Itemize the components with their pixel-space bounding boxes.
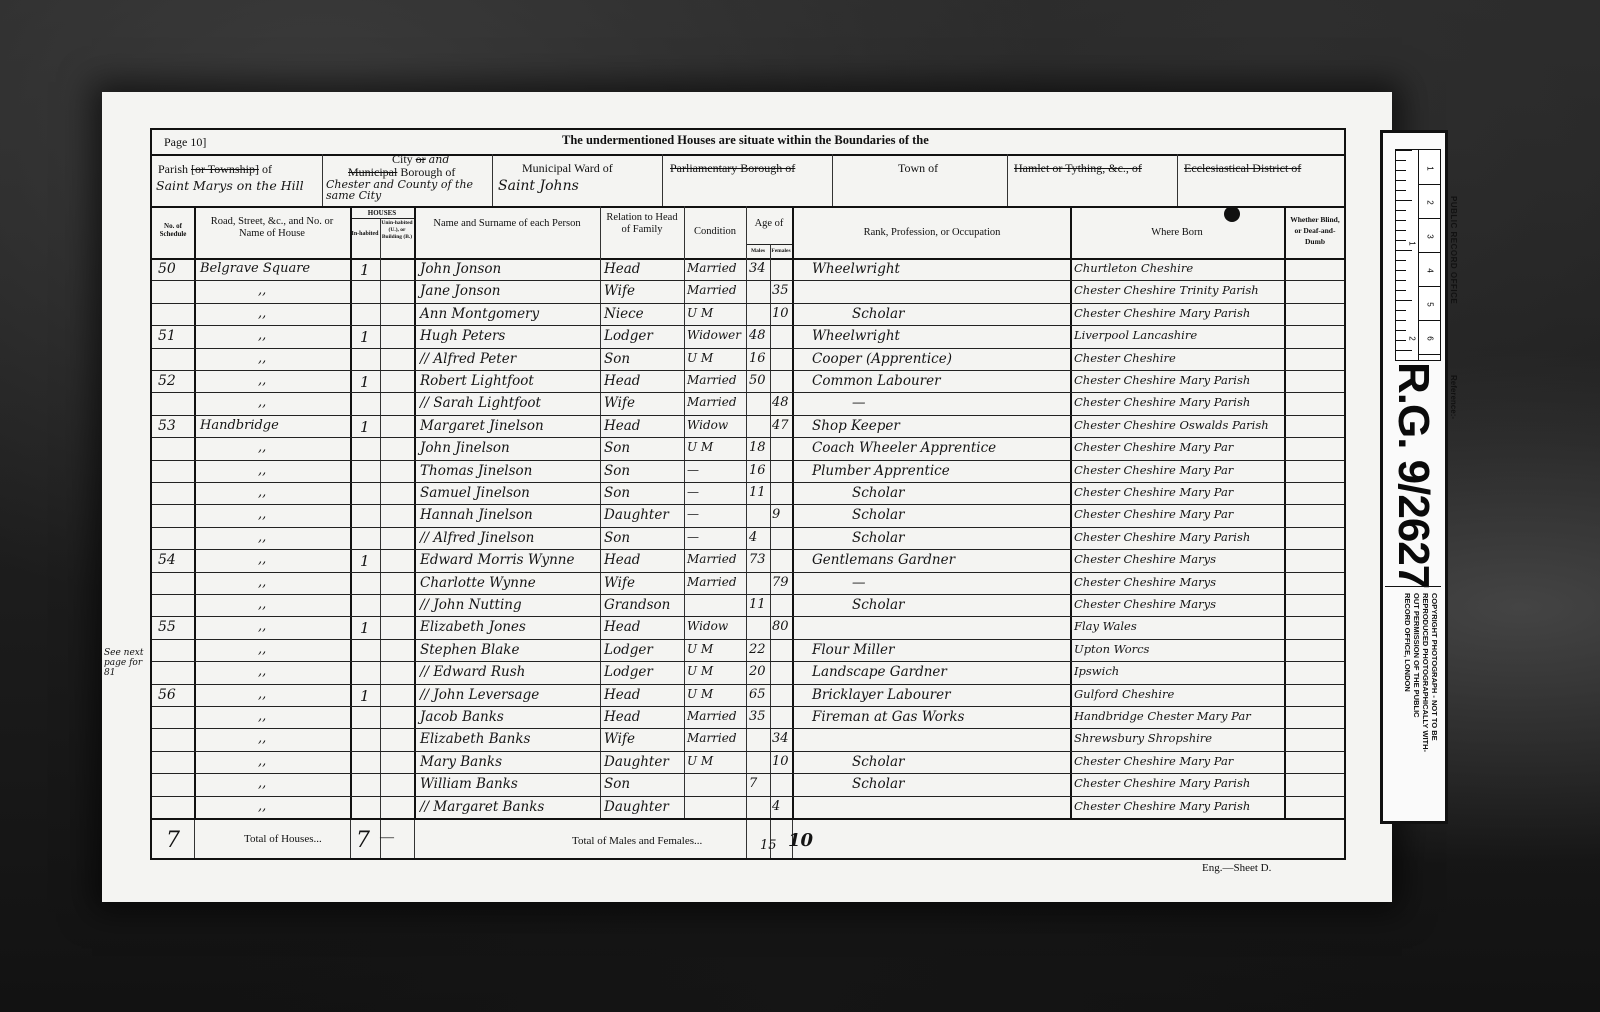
person-name: Margaret Jinelson bbox=[420, 418, 544, 434]
male-age: 7 bbox=[749, 776, 757, 791]
relation: Son bbox=[604, 351, 630, 367]
condition: — bbox=[687, 530, 699, 544]
relation: Head bbox=[604, 619, 640, 635]
copyright-text: COPYRIGHT PHOTOGRAPH - NOT TO BE REPRODU… bbox=[1403, 593, 1439, 752]
birthplace: Chester Cheshire Oswalds Parish bbox=[1074, 418, 1269, 432]
road-name: ,, bbox=[258, 328, 266, 343]
condition: Married bbox=[687, 731, 737, 745]
page-heading: The undermentioned Houses are situate wi… bbox=[562, 133, 929, 148]
occupation: — bbox=[852, 395, 866, 411]
relation: Son bbox=[604, 530, 630, 546]
occupation: — bbox=[852, 575, 866, 591]
female-age: 47 bbox=[772, 418, 789, 433]
header-occupation: Rank, Profession, or Occupation bbox=[802, 227, 1062, 239]
header-females: Females bbox=[770, 247, 792, 255]
occupation: Scholar bbox=[852, 306, 904, 322]
relation: Wife bbox=[604, 395, 635, 411]
table-row: ,,Samuel JinelsonSon—11ScholarChester Ch… bbox=[152, 482, 1344, 504]
road-name: ,, bbox=[258, 373, 266, 388]
table-row: ,,Mary BanksDaughterU M10ScholarChester … bbox=[152, 751, 1344, 773]
birthplace: Chester Cheshire Mary Par bbox=[1074, 507, 1233, 521]
person-name: Hannah Jinelson bbox=[420, 507, 533, 523]
birthplace: Chester Cheshire Mary Par bbox=[1074, 463, 1233, 477]
road-name: ,, bbox=[258, 351, 266, 366]
condition: U M bbox=[687, 664, 713, 678]
road-name: ,, bbox=[258, 552, 266, 567]
relation: Son bbox=[604, 440, 630, 456]
table-row: ,,// Edward RushLodgerU M20Landscape Gar… bbox=[152, 661, 1344, 683]
margin-note: See next page for 81 bbox=[104, 648, 150, 678]
table-row: ,,Jacob BanksHeadMarried35Fireman at Gas… bbox=[152, 706, 1344, 728]
measurement-ruler: 12345612 bbox=[1395, 149, 1441, 361]
road-name: ,, bbox=[258, 664, 266, 679]
birthplace: Chester Cheshire Trinity Parish bbox=[1074, 283, 1259, 297]
ruler-cm-label: 6 bbox=[1426, 336, 1435, 340]
occupation: Scholar bbox=[852, 754, 904, 770]
ward-label: Municipal Ward of bbox=[522, 161, 613, 176]
header-road: Road, Street, &c., and No. or Name of Ho… bbox=[202, 216, 342, 240]
sheet-footer: Eng.—Sheet D. bbox=[1202, 862, 1271, 874]
males-total: 15 bbox=[760, 838, 777, 853]
person-name: // John Nutting bbox=[420, 597, 522, 613]
table-row: 53Handbridge1Margaret JinelsonHeadWidow4… bbox=[152, 415, 1344, 437]
occupation: Scholar bbox=[852, 776, 904, 792]
male-age: 48 bbox=[749, 328, 766, 343]
person-name: // John Leversage bbox=[420, 687, 539, 703]
male-age: 34 bbox=[749, 261, 766, 276]
header-born: Where Born bbox=[1077, 227, 1277, 239]
condition: Widow bbox=[687, 619, 728, 633]
header-schedule: No. of Schedule bbox=[154, 222, 192, 238]
road-name: ,, bbox=[258, 799, 266, 814]
birthplace: Chester Cheshire Mary Parish bbox=[1074, 373, 1250, 387]
person-name: Edward Morris Wynne bbox=[420, 552, 574, 568]
person-name: John Jinelson bbox=[420, 440, 510, 456]
relation: Son bbox=[604, 463, 630, 479]
header-name: Name and Surname of each Person bbox=[422, 218, 592, 230]
relation: Wife bbox=[604, 283, 635, 299]
birthplace: Chester Cheshire Mary Parish bbox=[1074, 799, 1250, 813]
table-row: 56,,1// John LeversageHeadU M65Bricklaye… bbox=[152, 684, 1344, 706]
inhabited-count: 1 bbox=[360, 619, 370, 637]
birthplace: Handbridge Chester Mary Par bbox=[1074, 709, 1251, 723]
condition: Married bbox=[687, 552, 737, 566]
ecclesiastical-district-label: Ecclesiastical District of bbox=[1184, 161, 1301, 176]
birthplace: Chester Cheshire Mary Par bbox=[1074, 440, 1233, 454]
relation: Wife bbox=[604, 731, 635, 747]
birthplace: Upton Worcs bbox=[1074, 642, 1149, 656]
relation: Head bbox=[604, 552, 640, 568]
person-name: Mary Banks bbox=[420, 754, 502, 770]
male-age: 35 bbox=[749, 709, 766, 724]
road-name: ,, bbox=[258, 507, 266, 522]
table-row: 55,,1Elizabeth JonesHeadWidow80Flay Wale… bbox=[152, 616, 1344, 638]
header-males: Males bbox=[746, 247, 770, 255]
person-name: Robert Lightfoot bbox=[420, 373, 534, 389]
condition: Widower bbox=[687, 328, 741, 342]
relation: Head bbox=[604, 709, 640, 725]
male-age: 18 bbox=[749, 440, 766, 455]
person-name: Jane Jonson bbox=[420, 283, 500, 299]
occupation: Scholar bbox=[852, 597, 904, 613]
person-name: Samuel Jinelson bbox=[420, 485, 530, 501]
ward-value: Saint Johns bbox=[498, 178, 579, 194]
birthplace: Shrewsbury Shropshire bbox=[1074, 731, 1212, 745]
table-row: 54,,1Edward Morris WynneHeadMarried73Gen… bbox=[152, 549, 1344, 571]
condition: Married bbox=[687, 261, 737, 275]
female-age: 35 bbox=[772, 283, 789, 298]
condition: — bbox=[687, 485, 699, 499]
table-row: ,,// Margaret BanksDaughter4Chester Ches… bbox=[152, 796, 1344, 818]
table-row: 51,,1Hugh PetersLodgerWidower48Wheelwrig… bbox=[152, 325, 1344, 347]
person-name: Thomas Jinelson bbox=[420, 463, 532, 479]
table-row: ,,// John NuttingGrandson11ScholarCheste… bbox=[152, 594, 1344, 616]
person-name: // Alfred Jinelson bbox=[420, 530, 534, 546]
occupation: Flour Miller bbox=[812, 642, 894, 658]
birthplace: Churtleton Cheshire bbox=[1074, 261, 1193, 275]
occupation: Plumber Apprentice bbox=[812, 463, 950, 479]
relation: Daughter bbox=[604, 754, 669, 770]
road-name: ,, bbox=[258, 776, 266, 791]
table-row: ,,Elizabeth BanksWifeMarried34Shrewsbury… bbox=[152, 728, 1344, 750]
relation: Son bbox=[604, 485, 630, 501]
condition: U M bbox=[687, 306, 713, 320]
male-age: 20 bbox=[749, 664, 766, 679]
table-row: 50Belgrave Square1John JonsonHeadMarried… bbox=[152, 258, 1344, 280]
condition: Married bbox=[687, 283, 737, 297]
person-name: John Jonson bbox=[420, 261, 501, 277]
person-name: Charlotte Wynne bbox=[420, 575, 536, 591]
inhabited-count: 1 bbox=[360, 328, 370, 346]
person-name: Jacob Banks bbox=[420, 709, 504, 725]
birthplace: Chester Cheshire Marys bbox=[1074, 575, 1216, 589]
ruler-cm-label: 4 bbox=[1426, 268, 1435, 272]
header-houses: HOUSES bbox=[350, 209, 414, 217]
road-name: ,, bbox=[258, 395, 266, 410]
occupation: Cooper (Apprentice) bbox=[812, 351, 952, 367]
relation: Lodger bbox=[604, 664, 653, 680]
person-name: Elizabeth Banks bbox=[420, 731, 530, 747]
road-name: ,, bbox=[258, 642, 266, 657]
occupation: Scholar bbox=[852, 485, 904, 501]
person-name: Elizabeth Jones bbox=[420, 619, 526, 635]
relation: Niece bbox=[604, 306, 644, 322]
occupation: Scholar bbox=[852, 530, 904, 546]
condition: — bbox=[687, 507, 699, 521]
table-row: ,,Jane JonsonWifeMarried35Chester Cheshi… bbox=[152, 280, 1344, 302]
birthplace: Chester Cheshire Marys bbox=[1074, 597, 1216, 611]
schedule-number: 54 bbox=[158, 552, 176, 568]
person-name: // Sarah Lightfoot bbox=[420, 395, 541, 411]
male-age: 4 bbox=[749, 530, 757, 545]
condition: Married bbox=[687, 709, 737, 723]
road-name: ,, bbox=[258, 440, 266, 455]
census-form: Page 10] The undermentioned Houses are s… bbox=[150, 128, 1346, 860]
road-name: ,, bbox=[258, 754, 266, 769]
condition: Married bbox=[687, 373, 737, 387]
condition: U M bbox=[687, 440, 713, 454]
male-age: 16 bbox=[749, 351, 766, 366]
birthplace: Chester Cheshire Mary Parish bbox=[1074, 530, 1250, 544]
ruler-inch-label: 1 bbox=[1408, 241, 1417, 245]
person-name: William Banks bbox=[420, 776, 518, 792]
birthplace: Chester Cheshire Mary Parish bbox=[1074, 306, 1250, 320]
inhabited-count: 1 bbox=[360, 552, 370, 570]
table-row: ,,// Sarah LightfootWifeMarried48—Cheste… bbox=[152, 392, 1344, 414]
birthplace: Liverpool Lancashire bbox=[1074, 328, 1197, 342]
relation: Head bbox=[604, 687, 640, 703]
parish-value: Saint Marys on the Hill bbox=[156, 178, 304, 193]
person-name: // Alfred Peter bbox=[420, 351, 516, 367]
relation: Lodger bbox=[604, 642, 653, 658]
header-uninhabited: Unin-habited (U.), or Building (B.) bbox=[381, 220, 413, 241]
male-age: 22 bbox=[749, 642, 766, 657]
road-name: ,, bbox=[258, 709, 266, 724]
birthplace: Gulford Cheshire bbox=[1074, 687, 1174, 701]
road-name: ,, bbox=[258, 485, 266, 500]
table-row: ,,Thomas JinelsonSon—16Plumber Apprentic… bbox=[152, 460, 1344, 482]
condition: U M bbox=[687, 754, 713, 768]
occupation: Bricklayer Labourer bbox=[812, 687, 951, 703]
ruler-inch-label: 2 bbox=[1408, 336, 1417, 340]
female-age: 4 bbox=[772, 799, 780, 814]
condition: Married bbox=[687, 395, 737, 409]
road-name: Handbridge bbox=[200, 418, 279, 433]
table-row: ,,// Alfred JinelsonSon—4ScholarChester … bbox=[152, 527, 1344, 549]
male-age: 73 bbox=[749, 552, 766, 567]
table-row: ,,Charlotte WynneWifeMarried79—Chester C… bbox=[152, 572, 1344, 594]
inhabited-count: 1 bbox=[360, 687, 370, 705]
female-age: 79 bbox=[772, 575, 789, 590]
road-name: ,, bbox=[258, 530, 266, 545]
birthplace: Chester Cheshire Marys bbox=[1074, 552, 1216, 566]
schedules-total: 7 bbox=[166, 828, 180, 853]
female-age: 80 bbox=[772, 619, 789, 634]
schedule-number: 56 bbox=[158, 687, 176, 703]
birthplace: Flay Wales bbox=[1074, 619, 1137, 633]
inhabited-count: 1 bbox=[360, 373, 370, 391]
schedule-number: 51 bbox=[158, 328, 176, 344]
copyright-notice: COPYRIGHT PHOTOGRAPH - NOT TO BE REPRODU… bbox=[1385, 586, 1441, 815]
birthplace: Chester Cheshire Mary Par bbox=[1074, 754, 1233, 768]
page-label: Page 10] bbox=[164, 135, 206, 150]
condition: U M bbox=[687, 642, 713, 656]
uninhabited-total: — bbox=[380, 830, 394, 846]
relation: Lodger bbox=[604, 328, 653, 344]
inhabited-count: 1 bbox=[360, 418, 370, 436]
road-name: ,, bbox=[258, 306, 266, 321]
ruler-cm-label: 5 bbox=[1426, 302, 1435, 306]
male-age: 11 bbox=[749, 485, 766, 500]
road-name: ,, bbox=[258, 463, 266, 478]
ruler-cm-label: 1 bbox=[1426, 166, 1435, 170]
public-record-office-label: PUBLIC RECORD OFFICE bbox=[1449, 196, 1458, 304]
ruler-cm-label: 2 bbox=[1426, 200, 1435, 204]
inhabited-count: 1 bbox=[360, 261, 370, 279]
parish-label: Parish [or Township] of bbox=[158, 162, 272, 177]
condition: U M bbox=[687, 687, 713, 701]
condition: Married bbox=[687, 575, 737, 589]
birthplace: Chester Cheshire bbox=[1074, 351, 1176, 365]
relation: Daughter bbox=[604, 507, 669, 523]
person-name: Ann Montgomery bbox=[420, 306, 539, 322]
table-row: ,,// Alfred PeterSonU M16Cooper (Apprent… bbox=[152, 348, 1344, 370]
male-age: 11 bbox=[749, 597, 766, 612]
female-age: 10 bbox=[772, 754, 789, 769]
female-age: 34 bbox=[772, 731, 789, 746]
birthplace: Ipswich bbox=[1074, 664, 1119, 678]
relation: Head bbox=[604, 373, 640, 389]
town-label: Town of bbox=[898, 161, 938, 176]
total-houses-label: Total of Houses... bbox=[244, 833, 322, 845]
table-row: 52,,1Robert LightfootHeadMarried50Common… bbox=[152, 370, 1344, 392]
male-age: 16 bbox=[749, 463, 766, 478]
female-age: 48 bbox=[772, 395, 789, 410]
relation: Head bbox=[604, 418, 640, 434]
condition: Widow bbox=[687, 418, 728, 432]
relation: Wife bbox=[604, 575, 635, 591]
occupation: Wheelwright bbox=[812, 328, 900, 344]
person-name: // Margaret Banks bbox=[420, 799, 544, 815]
relation: Son bbox=[604, 776, 630, 792]
condition: — bbox=[687, 463, 699, 477]
relation: Head bbox=[604, 261, 640, 277]
occupation: Gentlemans Gardner bbox=[812, 552, 955, 568]
road-name: ,, bbox=[258, 597, 266, 612]
table-row: ,,Hannah JinelsonDaughter—9ScholarCheste… bbox=[152, 504, 1344, 526]
female-age: 10 bbox=[772, 306, 789, 321]
person-name: Stephen Blake bbox=[420, 642, 519, 658]
occupation: Landscape Gardner bbox=[812, 664, 947, 680]
header-inhabited: In-habited bbox=[351, 230, 379, 238]
reference-label: Reference:- bbox=[1449, 375, 1458, 419]
person-name: Hugh Peters bbox=[420, 328, 505, 344]
relation: Grandson bbox=[604, 597, 670, 613]
total-persons-label: Total of Males and Females... bbox=[572, 835, 702, 847]
occupation: Wheelwright bbox=[812, 261, 900, 277]
person-name: // Edward Rush bbox=[420, 664, 525, 680]
table-row: ,,William BanksSon7ScholarChester Cheshi… bbox=[152, 773, 1344, 795]
road-name: ,, bbox=[258, 687, 266, 702]
occupation: Scholar bbox=[852, 507, 904, 523]
road-name: ,, bbox=[258, 283, 266, 298]
occupation: Shop Keeper bbox=[812, 418, 900, 434]
inhabited-total: 7 bbox=[356, 828, 370, 853]
male-age: 65 bbox=[749, 687, 766, 702]
table-row: ,,John JinelsonSonU M18Coach Wheeler App… bbox=[152, 437, 1344, 459]
road-name: ,, bbox=[258, 619, 266, 634]
condition: U M bbox=[687, 351, 713, 365]
table-row: ,,Stephen BlakeLodgerU M22Flour MillerUp… bbox=[152, 639, 1344, 661]
ruler-cm-label: 3 bbox=[1426, 234, 1435, 238]
occupation: Fireman at Gas Works bbox=[812, 709, 964, 725]
schedule-number: 55 bbox=[158, 619, 176, 635]
parliamentary-borough-label: Parliamentary Borough of bbox=[670, 161, 795, 176]
birthplace: Chester Cheshire Mary Parish bbox=[1074, 395, 1250, 409]
schedule-number: 52 bbox=[158, 373, 176, 389]
relation: Daughter bbox=[604, 799, 669, 815]
female-age: 9 bbox=[772, 507, 780, 522]
occupation: Coach Wheeler Apprentice bbox=[812, 440, 996, 456]
header-relation: Relation to Head of Family bbox=[602, 212, 682, 236]
birthplace: Chester Cheshire Mary Par bbox=[1074, 485, 1233, 499]
header-infirmity: Whether Blind, or Deaf-and-Dumb bbox=[1286, 214, 1344, 247]
reference-code: R.G. 9/2627 bbox=[1388, 362, 1438, 588]
header-age: Age of bbox=[746, 218, 792, 230]
road-name: ,, bbox=[258, 731, 266, 746]
occupation: Common Labourer bbox=[812, 373, 941, 389]
header-condition: Condition bbox=[686, 226, 744, 238]
birthplace: Chester Cheshire Mary Parish bbox=[1074, 776, 1250, 790]
table-row: ,,Ann MontgomeryNieceU M10ScholarChester… bbox=[152, 303, 1344, 325]
male-age: 50 bbox=[749, 373, 766, 388]
hamlet-label: Hamlet or Tything, &c., of bbox=[1014, 161, 1142, 176]
borough-value: Chester and County of the same City bbox=[326, 179, 476, 201]
females-total: 10 bbox=[788, 830, 813, 851]
schedule-number: 50 bbox=[158, 261, 176, 277]
schedule-number: 53 bbox=[158, 418, 176, 434]
road-name: Belgrave Square bbox=[200, 261, 310, 276]
road-name: ,, bbox=[258, 575, 266, 590]
